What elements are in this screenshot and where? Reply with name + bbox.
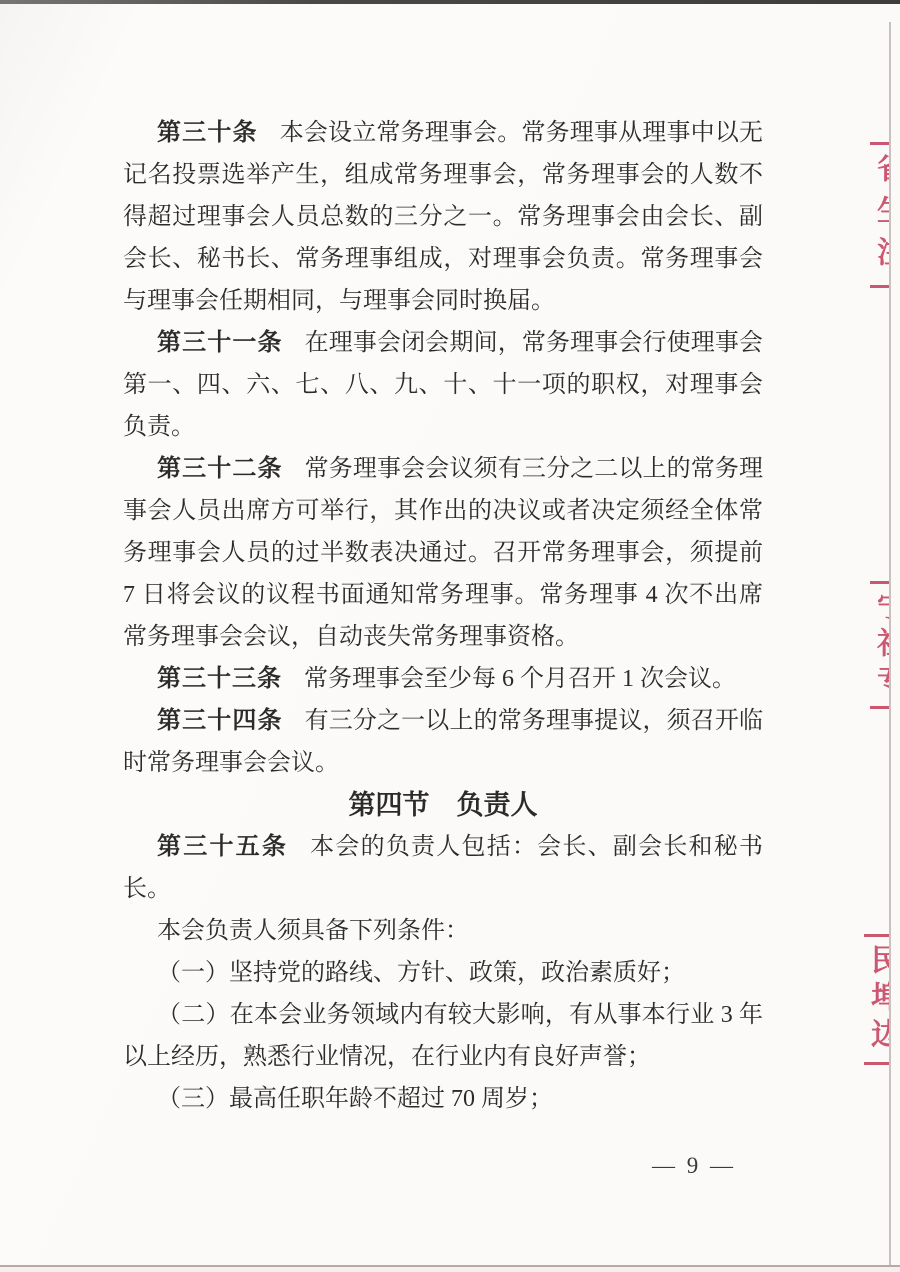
section-heading: 第四节 负责人 <box>123 784 763 826</box>
red-stamp-middle: 宁社专 <box>870 581 890 709</box>
requirement-item-2: （二）在本会业务领域内有较大影响，有从事本行业 3 年以上经历，熟悉行业情况，在… <box>123 994 763 1078</box>
article-30-text: 本会设立常务理事会。常务理事从理事中以无记名投票选举产生，组成常务理事会，常务理… <box>123 120 763 314</box>
article-34-number: 第三十四条 <box>157 708 283 734</box>
article-30: 第三十条本会设立常务理事会。常务理事从理事中以无记名投票选举产生，组成常务理事会… <box>123 112 763 322</box>
scan-edge-bottom-strip <box>0 1267 900 1272</box>
article-33: 第三十三条常务理事会至少每 6 个月召开 1 次会议。 <box>123 658 763 700</box>
red-stamp-middle-text: 宁社专 <box>870 581 890 709</box>
article-30-number: 第三十条 <box>157 120 258 146</box>
article-32-number: 第三十二条 <box>157 456 283 482</box>
red-stamp-top: 省生注 <box>870 142 890 288</box>
scan-edge-top <box>0 0 900 4</box>
article-34: 第三十四条有三分之一以上的常务理事提议，须召开临时常务理事会会议。 <box>123 700 763 784</box>
article-32-text: 常务理事会会议须有三分之二以上的常务理事会人员出席方可举行，其作出的决议或者决定… <box>123 456 763 650</box>
scanned-page: 第三十条本会设立常务理事会。常务理事从理事中以无记名投票选举产生，组成常务理事会… <box>0 0 900 1272</box>
article-31: 第三十一条在理事会闭会期间，常务理事会行使理事会第一、四、六、七、八、九、十、十… <box>123 322 763 448</box>
article-31-number: 第三十一条 <box>157 330 283 356</box>
article-35-number: 第三十五条 <box>157 834 288 860</box>
page-number: — 9 — <box>652 1153 736 1179</box>
red-stamp-bottom-text: 民埠边 <box>864 934 891 1065</box>
article-33-text: 常务理事会至少每 6 个月召开 1 次会议。 <box>304 666 736 692</box>
requirement-item-1: （一）坚持党的路线、方针、政策，政治素质好； <box>123 952 763 994</box>
article-33-number: 第三十三条 <box>157 666 282 692</box>
article-32: 第三十二条常务理事会会议须有三分之二以上的常务理事会人员出席方可举行，其作出的决… <box>123 448 763 658</box>
requirements-intro: 本会负责人须具备下列条件： <box>123 910 763 952</box>
article-35: 第三十五条本会的负责人包括：会长、副会长和秘书长。 <box>123 826 763 910</box>
document-body: 第三十条本会设立常务理事会。常务理事从理事中以无记名投票选举产生，组成常务理事会… <box>123 112 763 1120</box>
scan-edge-right <box>889 22 891 1268</box>
requirement-item-3: （三）最高任职年龄不超过 70 周岁； <box>123 1078 763 1120</box>
red-stamp-bottom: 民埠边 <box>864 934 891 1065</box>
red-stamp-top-text: 省生注 <box>870 142 890 288</box>
